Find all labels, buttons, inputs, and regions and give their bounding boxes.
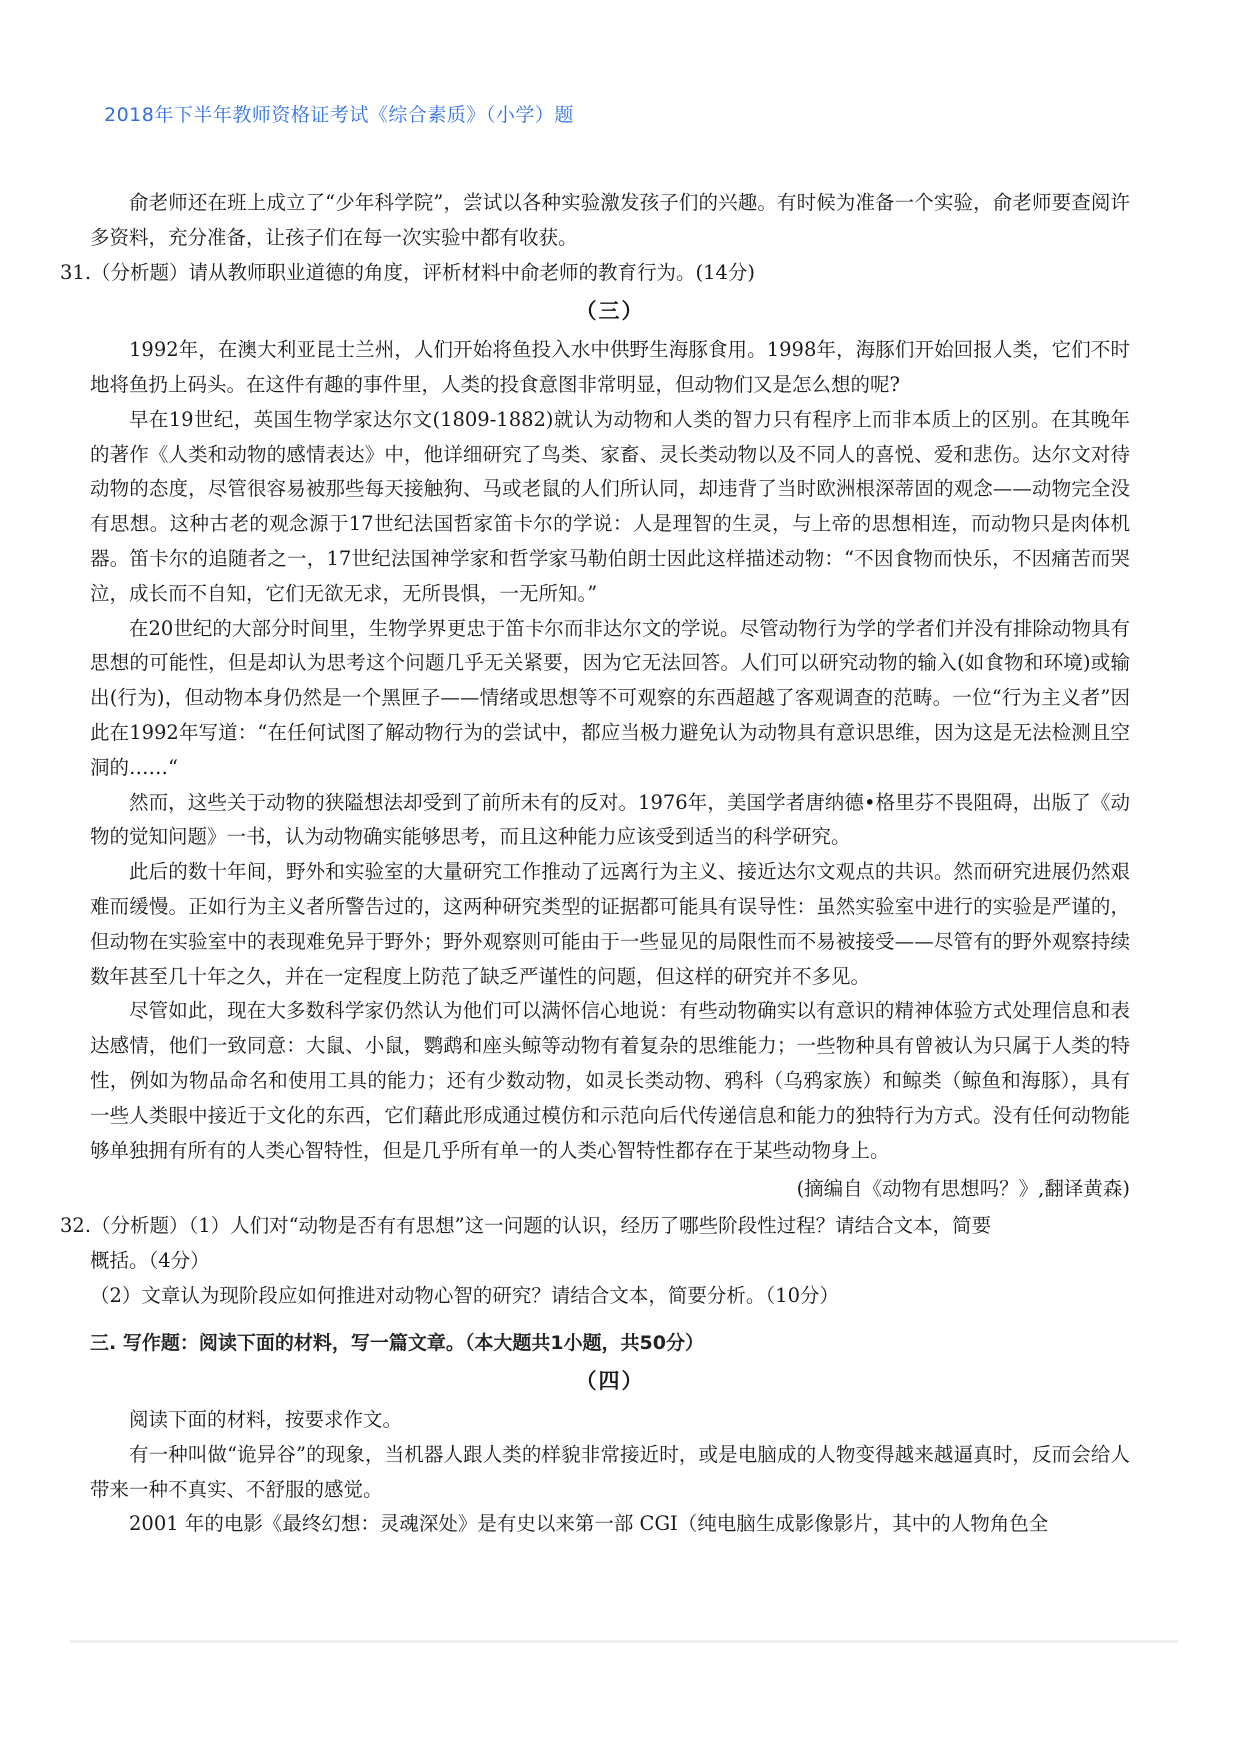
passage-paragraph: 然而，这些关于动物的狭隘想法却受到了前所未有的反对。1976年，美国学者唐纳德•… (90, 786, 1130, 856)
passage-paragraph: 早在19世纪，英国生物学家达尔文(1809-1882)就认为动物和人类的智力只有… (90, 403, 1130, 612)
writing-paragraph: 阅读下面的材料，按要求作文。 (90, 1403, 1130, 1438)
question-32-part-2: （2）文章认为现阶段应如何推进对动物心智的研究？请结合文本，简要分析。（10分） (90, 1279, 1130, 1314)
question-31: 31.（分析题）请从教师职业道德的角度，评析材料中俞老师的教育行为。(14分) (60, 256, 1130, 291)
page-divider (70, 1640, 1178, 1643)
passage-paragraph: 此后的数十年间，野外和实验室的大量研究工作推动了远离行为主义、接近达尔文观点的共… (90, 855, 1130, 994)
question-32-part-1-continued: 概括。（4分） (90, 1244, 1130, 1279)
writing-paragraph: 有一种叫做“诡异谷”的现象，当机器人跟人类的样貌非常接近时，或是电脑成的人物变得… (90, 1438, 1130, 1508)
section-mark-4: （四） (90, 1364, 1130, 1399)
writing-section-header: 三. 写作题：阅读下面的材料，写一篇文章。（本大题共1小题，共50分） (90, 1326, 1130, 1361)
passage-paragraph: 尽管如此，现在大多数科学家仍然认为他们可以满怀信心地说：有些动物确实以有意识的精… (90, 994, 1130, 1168)
writing-paragraph: 2001 年的电影《最终幻想：灵魂深处》是有史以来第一部 CGI（纯电脑生成影像… (90, 1507, 1130, 1542)
material-paragraph: 俞老师还在班上成立了“少年科学院”，尝试以各种实验激发孩子们的兴趣。有时候为准备… (90, 186, 1130, 256)
passage-paragraph: 1992年，在澳大利亚昆士兰州，人们开始将鱼投入水中供野生海豚食用。1998年，… (90, 333, 1130, 403)
question-32-part-1: 32.（分析题）（1）人们对“动物是否有有思想”这一问题的认识，经历了哪些阶段性… (60, 1209, 1130, 1244)
passage-paragraph: 在20世纪的大部分时间里，生物学界更忠于笛卡尔而非达尔文的学说。尽管动物行为学的… (90, 612, 1130, 786)
source-attribution: (摘编自《动物有思想吗？》,翻译黄森) (90, 1172, 1130, 1207)
page-header-title: 2018年下半年教师资格证考试《综合素质》（小学）题 (104, 100, 574, 127)
section-mark-3: （三） (90, 294, 1130, 329)
document-body: 俞老师还在班上成立了“少年科学院”，尝试以各种实验激发孩子们的兴趣。有时候为准备… (90, 186, 1130, 1542)
